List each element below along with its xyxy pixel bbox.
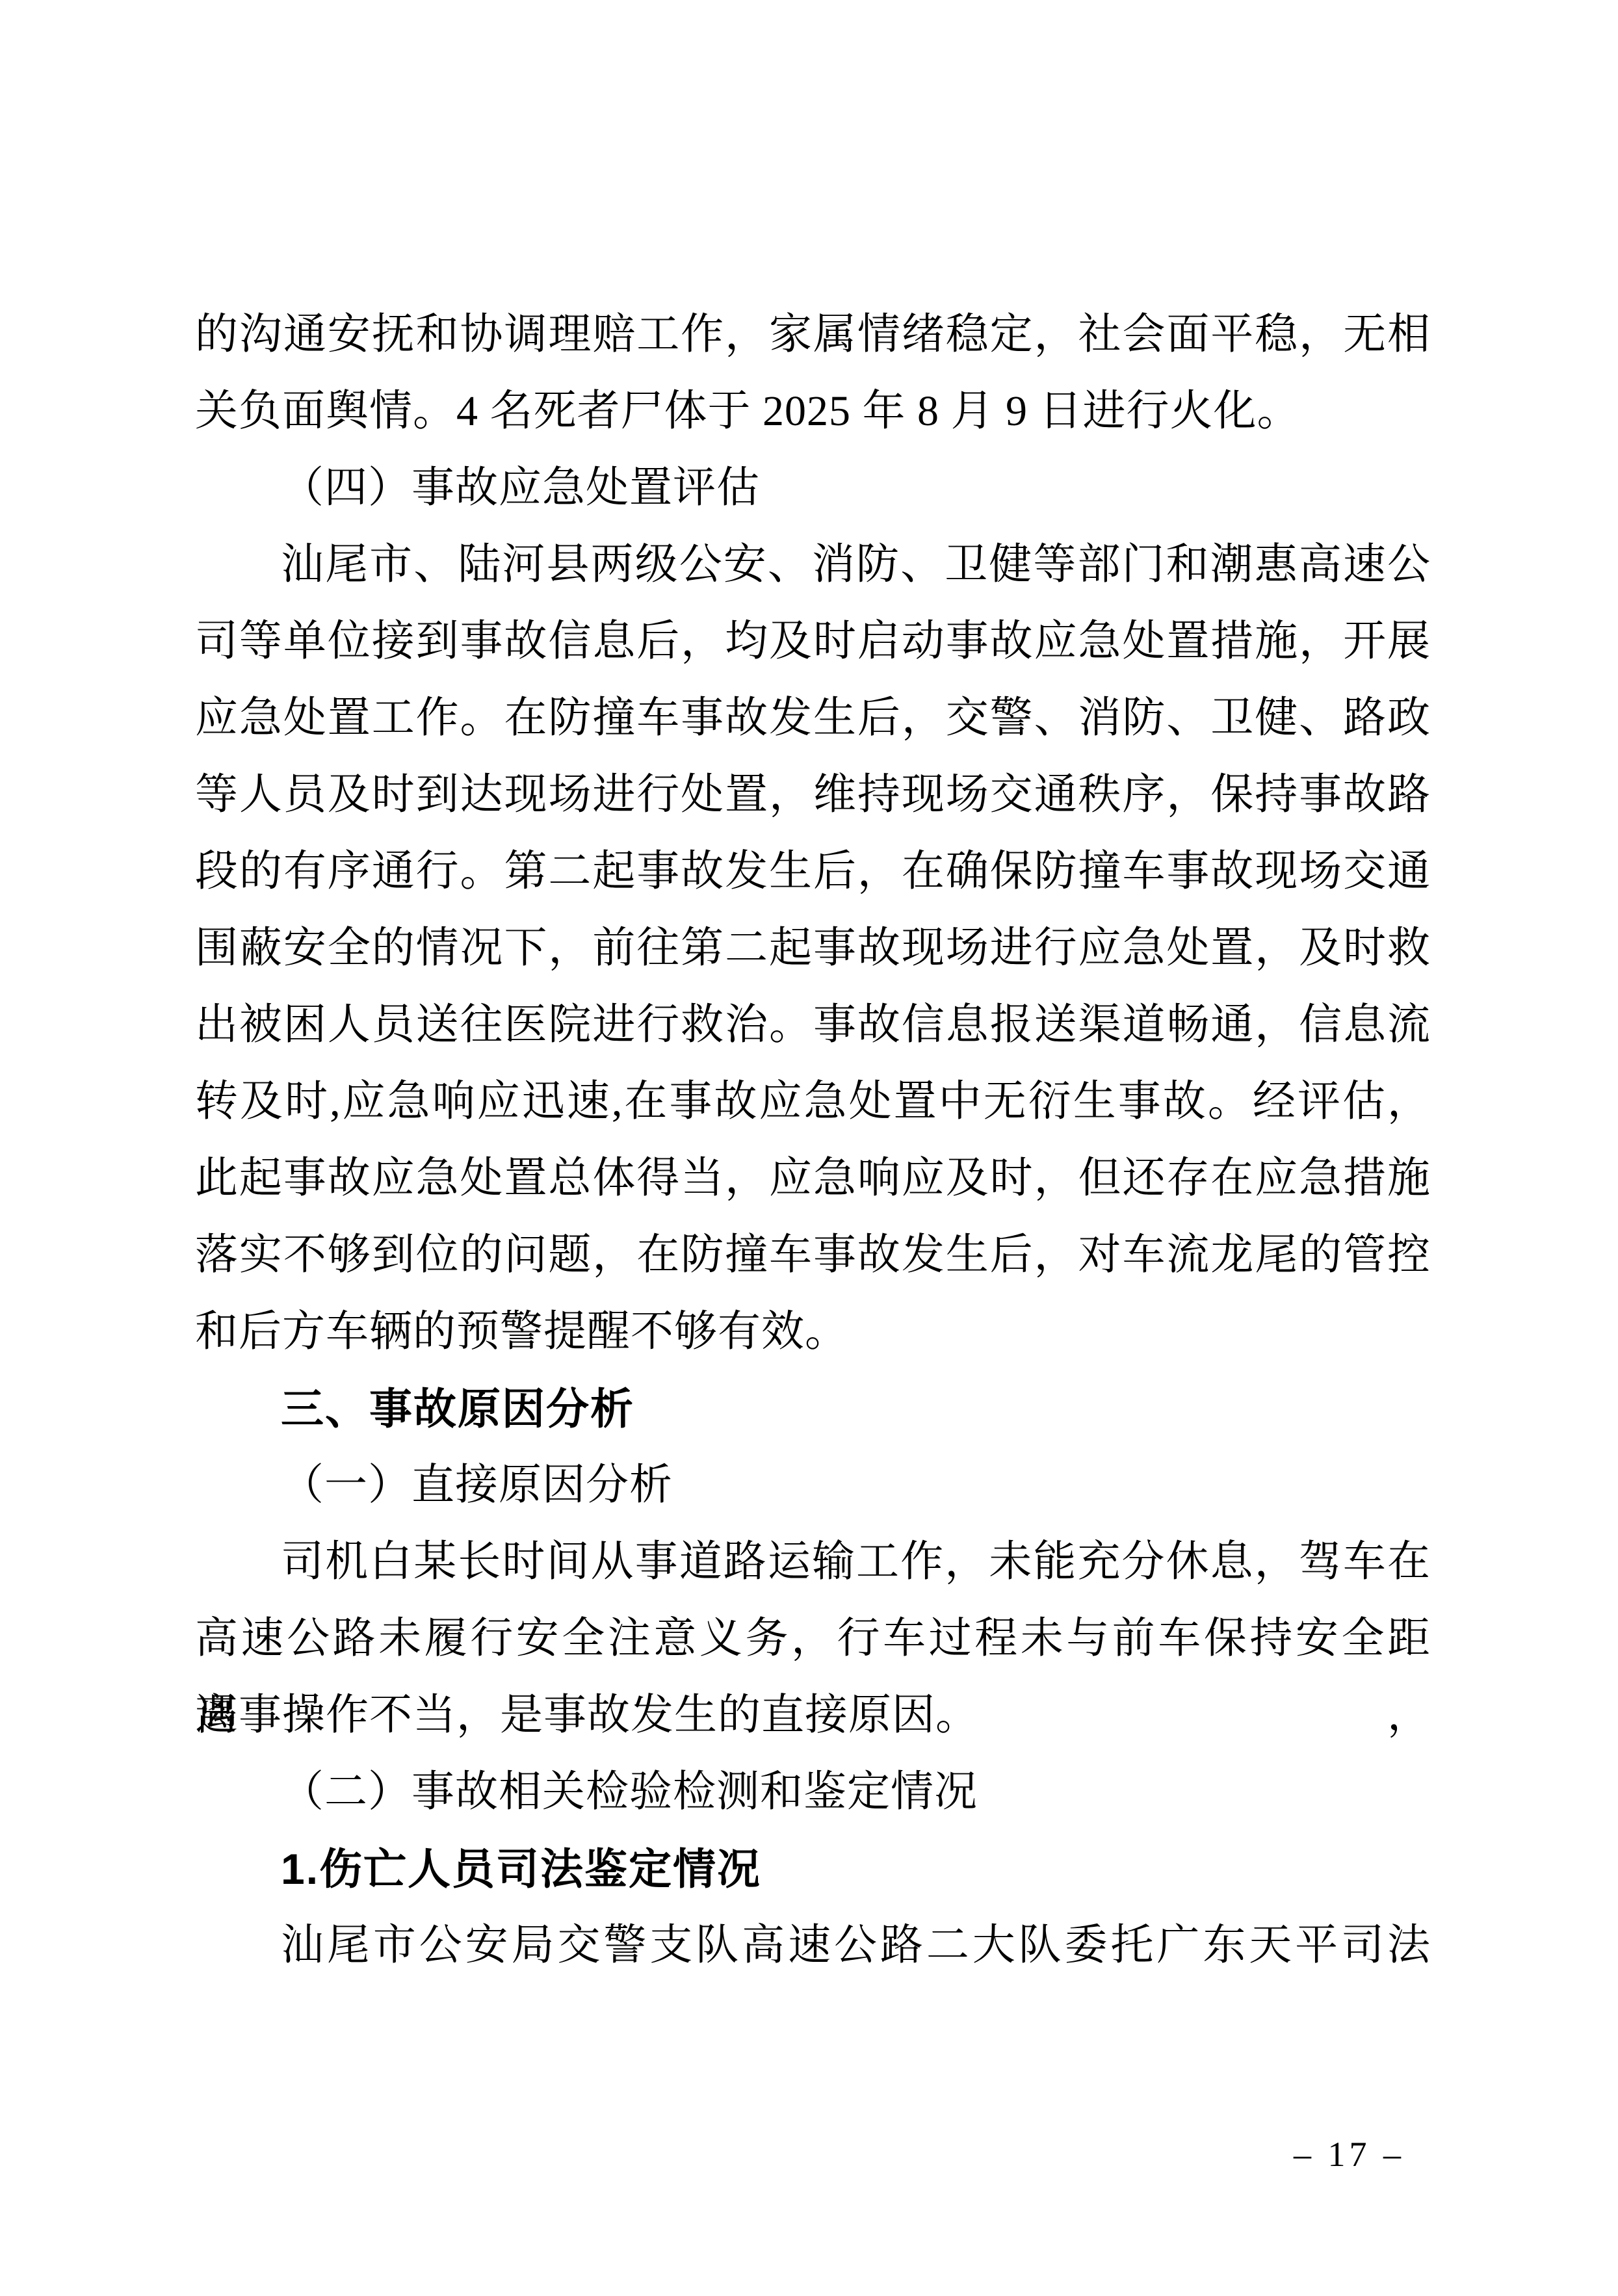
- body-text-line: 出被困人员送往医院进行救治。事故信息报送渠道畅通，信息流: [195, 987, 1430, 1063]
- body-text-line: 司机白某长时间从事道路运输工作，未能充分休息，驾车在: [195, 1524, 1430, 1600]
- body-text-line: 转及时,应急响应迅速,在事故应急处置中无衍生事故。经评估，: [195, 1063, 1430, 1140]
- subsection-heading-2: （二）事故相关检验检测和鉴定情况: [195, 1754, 1430, 1831]
- document-page: 的沟通安抚和协调理赔工作，家属情绪稳定，社会面平稳，无相 关负面舆情。4 名死者…: [0, 0, 1618, 2296]
- body-text-line: 和后方车辆的预警提醒不够有效。: [195, 1294, 1430, 1370]
- body-text-line: 等人员及时到达现场进行处置，维持现场交通秩序，保持事故路: [195, 757, 1430, 833]
- body-text-line: 落实不够到位的问题，在防撞车事故发生后，对车流龙尾的管控: [195, 1217, 1430, 1294]
- body-text-line: 的沟通安抚和协调理赔工作，家属情绪稳定，社会面平稳，无相: [195, 296, 1430, 373]
- subsection-heading-1: （一）直接原因分析: [195, 1447, 1430, 1524]
- body-text-line: 围蔽安全的情况下，前往第二起事故现场进行应急处置，及时救: [195, 910, 1430, 987]
- body-text-line: 此起事故应急处置总体得当，应急响应及时，但还存在应急措施: [195, 1140, 1430, 1217]
- page-number: – 17 –: [1294, 2134, 1405, 2174]
- body-text-line: 高速公路未履行安全注意义务，行车过程未与前车保持安全距离，: [195, 1600, 1430, 1677]
- sub-subsection-heading-1: 1.伤亡人员司法鉴定情况: [195, 1831, 1430, 1907]
- section-heading-3: 三、事故原因分析: [195, 1370, 1430, 1447]
- body-text-line: 关负面舆情。4 名死者尸体于 2025 年 8 月 9 日进行火化。: [195, 373, 1430, 450]
- subsection-heading-4: （四）事故应急处置评估: [195, 450, 1430, 527]
- document-body: 的沟通安抚和协调理赔工作，家属情绪稳定，社会面平稳，无相 关负面舆情。4 名死者…: [195, 296, 1430, 1984]
- body-text-line: 汕尾市、陆河县两级公安、消防、卫健等部门和潮惠高速公: [195, 527, 1430, 603]
- body-text-line: 段的有序通行。第二起事故发生后，在确保防撞车事故现场交通: [195, 833, 1430, 910]
- body-text-line: 司等单位接到事故信息后，均及时启动事故应急处置措施，开展: [195, 603, 1430, 680]
- body-text-line: 应急处置工作。在防撞车事故发生后，交警、消防、卫健、路政: [195, 680, 1430, 757]
- body-text-line: 汕尾市公安局交警支队高速公路二大队委托广东天平司法: [195, 1907, 1430, 1984]
